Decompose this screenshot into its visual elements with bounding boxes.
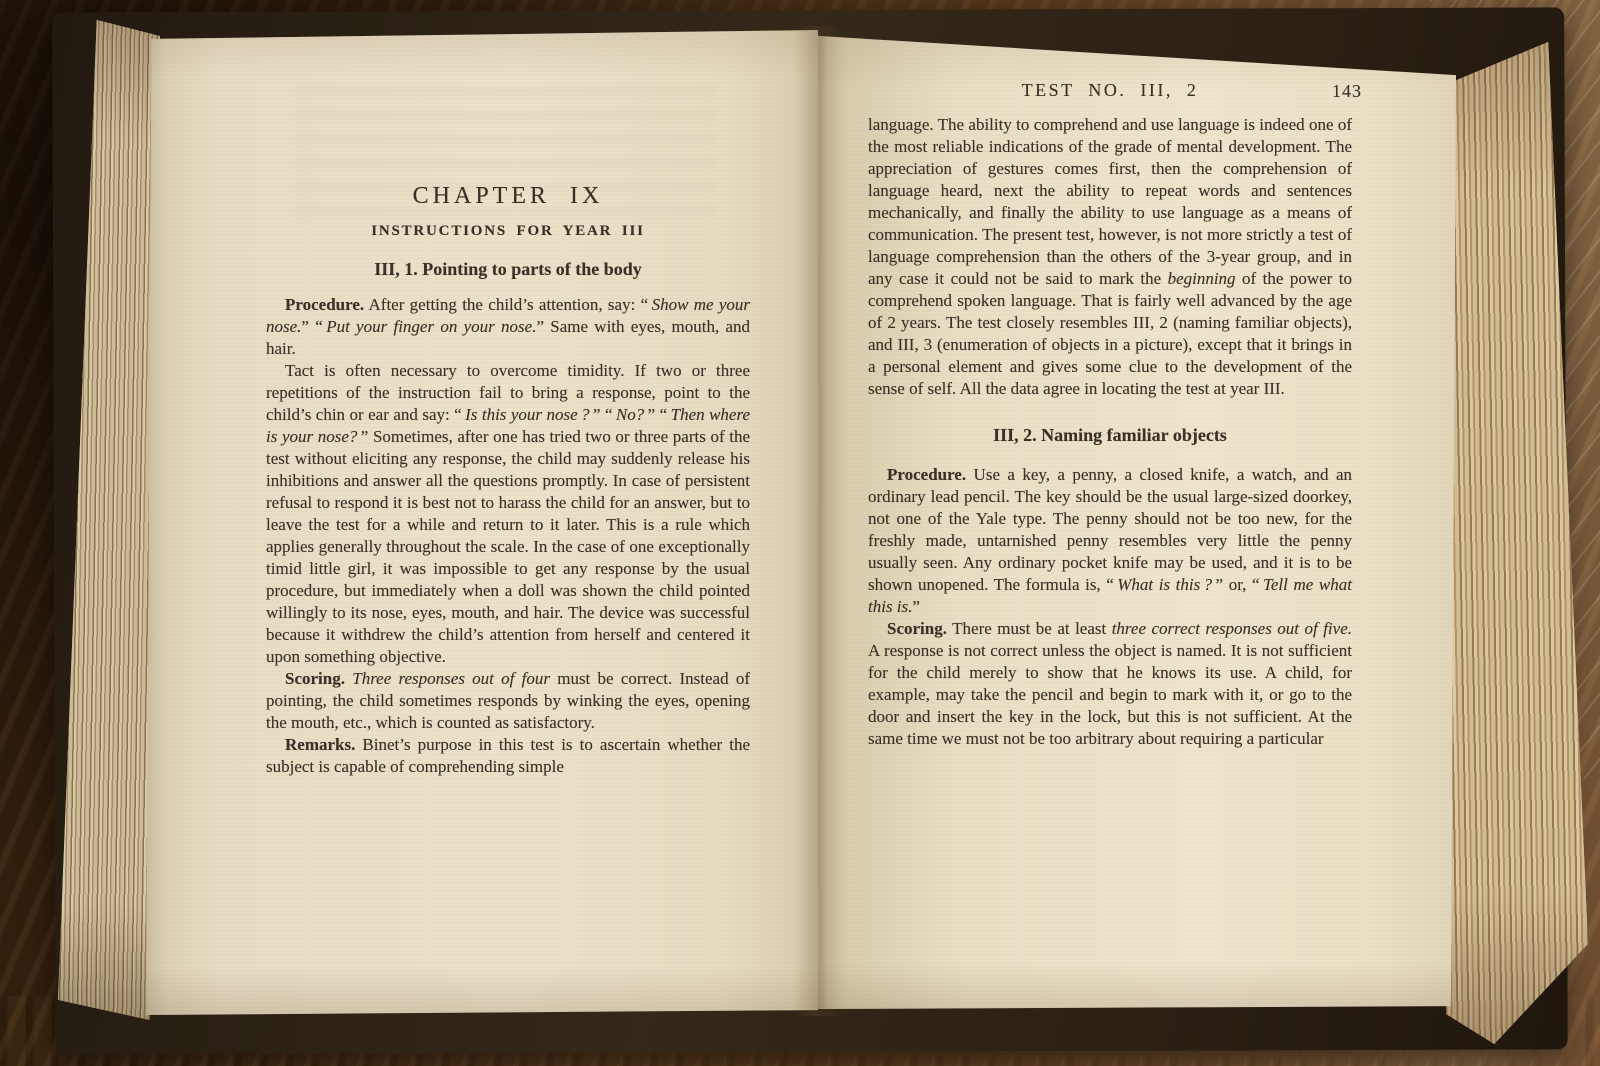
text-segment: CHAPTER IX — [413, 183, 604, 209]
text-segment: There must be at least — [947, 619, 1112, 638]
text-segment: No? — [616, 405, 644, 424]
photo-scene: CHAPTER IXINSTRUCTIONS FOR YEAR IIIIII, … — [0, 0, 1600, 1066]
text-segment: Procedure. — [285, 295, 364, 314]
text-segment: INSTRUCTIONS FOR YEAR III — [371, 223, 645, 239]
text-segment: ” — [912, 597, 920, 616]
text-segment: Scoring. — [285, 669, 345, 688]
text-segment: Remarks. — [285, 735, 355, 754]
text-segment: three correct responses out of five. — [1112, 619, 1352, 638]
running-head-row: TEST NO. III, 2 143 — [868, 80, 1352, 106]
text-segment: What is this ? — [1117, 575, 1212, 594]
text-segment: Procedure. — [887, 465, 966, 484]
text-segment: language. The ability to comprehend and … — [868, 115, 1352, 288]
paragraph: Remarks. Binet’s purpose in this test is… — [266, 734, 750, 778]
paragraph: language. The ability to comprehend and … — [868, 114, 1352, 400]
paragraph: Procedure. After getting the child’s att… — [266, 294, 750, 360]
chapter-heading: CHAPTER IX — [266, 182, 750, 210]
book-gutter-shadow — [794, 26, 842, 1016]
subheading: INSTRUCTIONS FOR YEAR III — [266, 222, 750, 240]
text-segment: Scoring. — [887, 619, 947, 638]
text-segment: ” “ — [301, 317, 326, 336]
text-segment: of the power to comprehend spoken langua… — [868, 269, 1352, 398]
text-segment: Is this your nose ? — [465, 405, 589, 424]
text-segment: A response is not correct unless the obj… — [868, 641, 1352, 748]
paragraph: Tact is often necessary to overcome timi… — [266, 360, 750, 668]
text-segment: ” Sometimes, after one has tried two or … — [266, 427, 750, 666]
right-page: TEST NO. III, 2 143 language. The abilit… — [818, 30, 1456, 1012]
text-segment: After getting the child’s attention, say… — [364, 295, 651, 314]
text-segment: ” or, “ — [1212, 575, 1263, 594]
paragraph: Procedure. Use a key, a penny, a closed … — [868, 464, 1352, 618]
section-heading: III, 2. Naming familiar objects — [868, 424, 1352, 446]
text-segment: Three responses out of four — [352, 669, 550, 688]
section-heading: III, 1. Pointing to parts of the body — [266, 258, 750, 280]
paragraph: Scoring. Three responses out of four mus… — [266, 668, 750, 734]
text-segment: III, 1. Pointing to parts of the body — [374, 259, 642, 279]
paragraph: Scoring. There must be at least three co… — [868, 618, 1352, 750]
left-page-text: CHAPTER IXINSTRUCTIONS FOR YEAR IIIIII, … — [266, 182, 750, 778]
text-segment: Put your finger on your nose. — [326, 317, 536, 336]
left-page: CHAPTER IXINSTRUCTIONS FOR YEAR IIIIII, … — [146, 28, 818, 1016]
page-number: 143 — [1332, 81, 1362, 102]
running-head: TEST NO. III, 2 — [868, 80, 1352, 101]
text-segment: III, 2. Naming familiar objects — [993, 425, 1227, 445]
right-page-text: language. The ability to comprehend and … — [868, 114, 1352, 750]
text-segment: beginning — [1168, 269, 1236, 288]
text-segment: ” “ — [590, 405, 616, 424]
text-segment: ” “ — [644, 405, 670, 424]
